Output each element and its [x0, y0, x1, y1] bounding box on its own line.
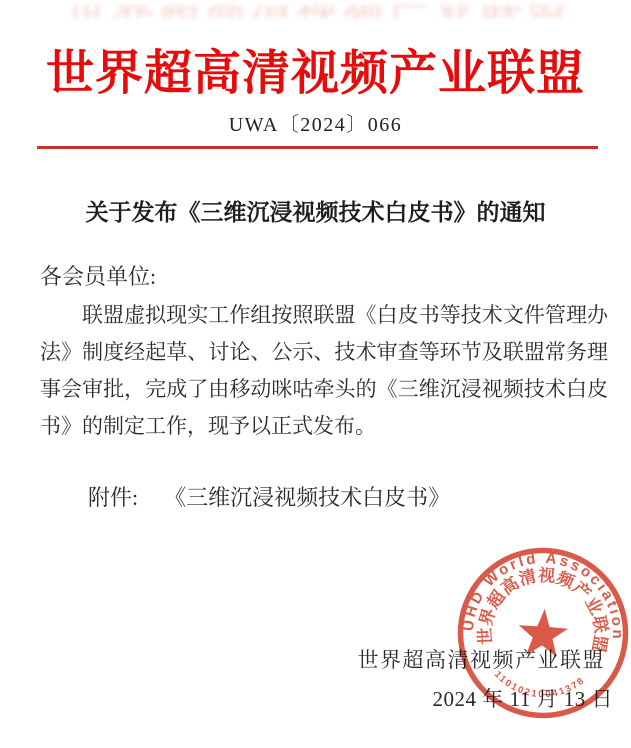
seal-chinese-text: 世界超高清视频产业联盟: [473, 561, 615, 655]
notice-title: 关于发布《三维沉浸视频技术白皮书》的通知: [0, 194, 631, 227]
red-divider-rule: [37, 146, 598, 149]
attachment-row: 附件:《三维沉浸视频技术白皮书》: [88, 481, 450, 512]
signature-organization: 世界超高清视频产业联盟: [358, 644, 606, 674]
salutation: 各会员单位:: [40, 260, 156, 291]
svg-text:UHD World Association: UHD World Association: [460, 545, 631, 642]
paragraph-line: 事会审批，完成了由移动咪咕牵头的《三维沉浸视频技术白皮: [40, 371, 608, 408]
signature-date: 2024 年 11 月 13 日: [433, 683, 613, 713]
paragraph-line: 法》制度经起草、讨论、公示、技术审查等环节及联盟常务理: [40, 334, 608, 371]
body-paragraph: 联盟虚拟现实工作组按照联盟《白皮书等技术文件管理办 法》制度经起草、讨论、公示、…: [40, 297, 608, 445]
scan-artifact-band: 世界超高清视频产业联盟: [62, 5, 576, 18]
document-number: UWA〔2024〕066: [0, 108, 631, 137]
document-page: 世界超高清视频产业联盟 世界超高清视频产业联盟 UWA〔2024〕066 关于发…: [0, 0, 631, 748]
scan-artifact-text: 世界超高清视频产业联盟: [62, 5, 576, 18]
attachment-label: 附件:: [88, 485, 138, 510]
svg-text:世界超高清视频产业联盟: 世界超高清视频产业联盟: [473, 561, 615, 655]
paragraph-line: 书》的制定工作，现予以正式发布。: [40, 408, 608, 445]
attachment-title: 《三维沉浸视频技术白皮书》: [164, 485, 450, 510]
seal-english-text: UHD World Association: [460, 545, 631, 642]
organization-title: 世界超高清视频产业联盟: [0, 34, 631, 103]
paragraph-line: 联盟虚拟现实工作组按照联盟《白皮书等技术文件管理办: [40, 297, 608, 334]
